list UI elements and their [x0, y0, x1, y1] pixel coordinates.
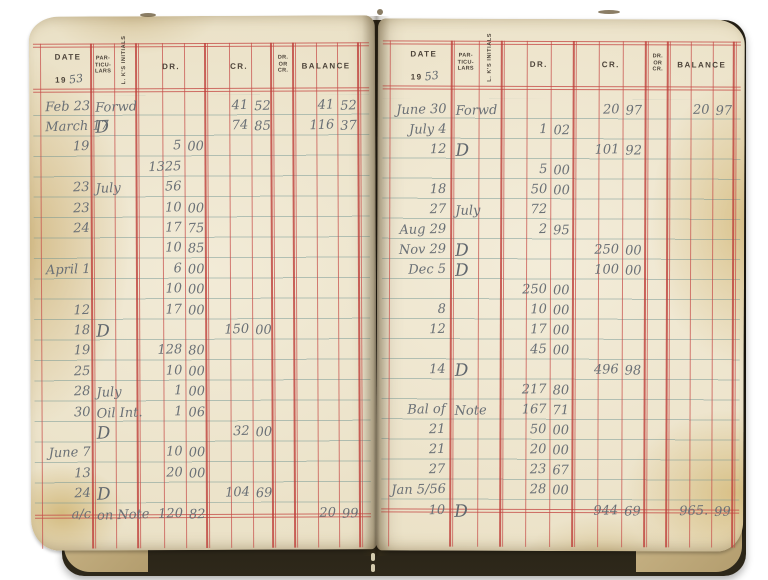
entry-bal-cents: 52 [340, 95, 371, 115]
entry-cr-dollars: 104 [177, 483, 251, 505]
column-header-cr: CR. [602, 60, 620, 69]
entry-cr-dollars: 74 [175, 116, 249, 138]
entry-cr-dollars: 100 [546, 260, 619, 281]
entry-dr-cents: 02 [553, 120, 583, 140]
entry-dr-cents: 00 [553, 321, 583, 341]
dr-or-cr-label-line: DR. [278, 55, 288, 62]
red-horizontal-rule [383, 43, 741, 45]
entry-bal-cents: 37 [340, 116, 371, 136]
entry-dr-dollars: 56 [108, 177, 182, 199]
edge-stain-speck [598, 10, 620, 14]
entry-date: 27 [392, 200, 446, 220]
year-printed: 19 [411, 72, 423, 81]
entry-date: 18 [46, 321, 91, 342]
entry-dr-dollars: 1 [474, 119, 547, 140]
column-header-year: 1953 [411, 66, 439, 84]
entry-date: June 30 [392, 99, 446, 119]
entry-bal-cents: 99 [342, 503, 373, 523]
entry-cr-dollars: 150 [176, 320, 250, 342]
entry-dr-dollars: 45 [474, 340, 547, 361]
entry-cr-cents: 00 [625, 241, 655, 261]
entry-dr-dollars: 72 [474, 200, 547, 221]
entry-dr-dollars: 17 [108, 218, 182, 240]
entry-dr-dollars: 10 [474, 300, 547, 321]
dr-or-cr-label-line: CR. [278, 68, 288, 75]
entry-date: Aug 29 [392, 220, 446, 240]
ledger-page-right: DATE1953PAR-TICU-LARSL. K'S INITIALSDR.C… [376, 18, 745, 551]
entry-date: 23 [45, 198, 90, 219]
entry-cr-cents: 92 [625, 141, 655, 161]
entry-dr-dollars: 10 [109, 279, 183, 301]
entry-dr-cents: 06 [188, 402, 219, 422]
entry-dr-dollars: 50 [473, 420, 546, 441]
column-header-initials: L. K'S INITIALS [121, 48, 127, 84]
ledger-page-left: DATE1953PAR-TICU-LARSL. K'S INITIALSDR.C… [29, 15, 377, 551]
entry-dr-dollars: 10 [109, 238, 183, 260]
entry-date: 18 [392, 180, 446, 200]
entry-dr-cents: 71 [552, 401, 582, 421]
entry-dr-cents: 00 [553, 180, 583, 200]
entry-date: 23 [45, 178, 90, 199]
entry-dr-dollars: 5 [474, 160, 547, 181]
entry-dr-dollars: 250 [474, 280, 547, 301]
entry-date: Nov 29 [392, 240, 446, 260]
entry-dr-dollars: 23 [473, 460, 546, 481]
entry-particulars: D [455, 240, 547, 261]
entry-cr-dollars: 496 [545, 360, 618, 381]
particulars-label-line: PAR- [458, 53, 474, 60]
entry-date: July 4 [392, 119, 446, 139]
dr-or-cr-label-line: CR. [653, 66, 663, 73]
entry-date: a/c [47, 504, 92, 525]
column-header-dr-or-cr: DR.ORCR. [653, 53, 663, 73]
column-header-dr: DR. [162, 62, 180, 71]
entry-dr-cents: 00 [188, 280, 219, 300]
entry-dr-cents: 00 [552, 441, 582, 461]
entry-cr-cents: 00 [625, 261, 655, 281]
entry-dr-cents: 00 [188, 443, 219, 463]
entry-bal-cents: 97 [715, 101, 745, 121]
entry-cr-cents: 69 [256, 483, 287, 503]
binding-stitch [371, 564, 375, 572]
entry-dr-cents: 00 [553, 341, 583, 361]
entry-dr-cents: 82 [189, 504, 220, 524]
entry-bal-cents: 99 [714, 502, 744, 522]
entry-dr-cents: 67 [552, 461, 582, 481]
entry-dr-dollars: 10 [109, 361, 183, 383]
entry-dr-cents: 00 [552, 421, 582, 441]
entry-dr-dollars: 120 [110, 504, 184, 526]
entry-dr-dollars: 17 [109, 300, 183, 322]
entry-date: 12 [392, 320, 446, 340]
entry-cr-cents: 00 [255, 422, 286, 442]
column-header-balance: BALANCE [302, 61, 351, 70]
entry-cr-dollars: 32 [176, 422, 250, 444]
entry-cr-cents: 98 [624, 361, 654, 381]
entry-dr-dollars: 28 [473, 480, 546, 501]
entry-particulars: D [97, 483, 190, 505]
entry-particulars: Forwd [455, 99, 547, 120]
entry-date: April 1 [46, 260, 91, 281]
entry-date: Feb 23 [45, 96, 90, 117]
entry-dr-dollars: 5 [108, 136, 182, 158]
entry-date: 10 [391, 500, 445, 520]
entry-particulars: D [454, 360, 546, 381]
entry-date: 24 [47, 484, 92, 505]
particulars-label-line: LARS [95, 68, 111, 75]
entry-date: 21 [391, 440, 445, 460]
entry-particulars: D [455, 260, 547, 281]
entry-dr-dollars: 1 [109, 381, 183, 403]
entry-dr-dollars: 10 [109, 442, 183, 464]
entry-dr-cents: 80 [552, 381, 582, 401]
entry-dr-dollars: 20 [473, 440, 546, 461]
entry-dr-cents: 00 [188, 300, 219, 320]
entry-dr-cents: 00 [553, 160, 583, 180]
year-handwritten: 53 [424, 69, 440, 84]
red-horizontal-rule [33, 90, 369, 92]
entry-date: 12 [46, 300, 91, 321]
column-header-dr-or-cr: DR.ORCR. [278, 55, 288, 75]
entry-dr-cents: 75 [187, 218, 218, 238]
year-printed: 19 [55, 76, 67, 85]
entry-date: 28 [46, 382, 91, 403]
entry-dr-dollars: 1 [109, 402, 183, 424]
entry-date: Jan 5/56 [391, 480, 445, 500]
entry-cr-dollars: 944 [545, 501, 618, 522]
particulars-label-line: LARS [458, 66, 474, 73]
entry-dr-dollars: 20 [110, 463, 184, 485]
column-header-dr: DR. [530, 60, 548, 69]
entry-dr-cents: 00 [553, 301, 583, 321]
column-header-date: DATE [55, 53, 82, 62]
entry-dr-cents: 00 [188, 361, 219, 381]
ledger-notebook-photo: DATE1953PAR-TICU-LARSL. K'S INITIALSDR.C… [0, 0, 768, 580]
entry-date: 30 [46, 402, 91, 423]
entry-dr-cents: 00 [187, 198, 218, 218]
entry-dr-dollars: 10 [108, 198, 182, 220]
entry-dr-dollars: 217 [473, 380, 546, 401]
entry-dr-cents: 00 [189, 463, 220, 483]
entry-dr-dollars: 1325 [108, 157, 182, 179]
entry-bal-dollars: 965. [635, 501, 708, 522]
particulars-label-line: PAR- [95, 55, 111, 62]
entry-dr-cents: 00 [188, 382, 219, 402]
column-header-initials: L. K'S INITIALS [487, 46, 493, 82]
entry-date: 27 [391, 460, 445, 480]
entry-date: 19 [45, 137, 90, 158]
entry-date: Bal of [391, 400, 445, 420]
entry-bal-dollars: 116 [261, 115, 335, 137]
entry-particulars: D [96, 422, 189, 444]
entry-bal-dollars: 41 [261, 95, 335, 117]
entry-dr-cents: 85 [188, 239, 219, 259]
entry-dr-dollars: 167 [473, 400, 546, 421]
entry-particulars: D [95, 116, 188, 138]
entry-dr-dollars: 17 [474, 320, 547, 341]
entry-date: March 17 [45, 117, 90, 138]
column-header-balance: BALANCE [677, 60, 726, 69]
column-header-particulars: PAR-TICU-LARS [95, 55, 111, 75]
column-header-year: 1953 [55, 70, 83, 88]
entry-dr-dollars: 50 [474, 180, 547, 201]
column-header-cr: CR. [230, 62, 248, 71]
entry-date: 25 [46, 362, 91, 383]
entry-date: 12 [392, 139, 446, 159]
red-horizontal-rule [383, 88, 741, 90]
entry-date: 14 [391, 360, 445, 380]
year-handwritten: 53 [68, 72, 84, 87]
entry-particulars: Forwd [95, 95, 188, 117]
entry-dr-cents: 00 [553, 281, 583, 301]
entry-dr-dollars: 2 [474, 220, 547, 241]
edge-stain-speck [140, 13, 156, 17]
edge-stain-speck [377, 9, 383, 15]
entry-dr-cents: 00 [552, 481, 582, 501]
entry-dr-cents: 00 [187, 137, 218, 157]
entry-date: 19 [46, 341, 91, 362]
entry-date: 8 [392, 300, 446, 320]
entry-date: 21 [391, 420, 445, 440]
entry-date: 24 [45, 219, 90, 240]
red-horizontal-rule [33, 45, 369, 47]
entry-cr-dollars: 101 [546, 140, 619, 161]
entry-dr-cents: 95 [553, 220, 583, 240]
entry-cr-dollars: 250 [546, 240, 619, 261]
entry-dr-dollars: 128 [109, 340, 183, 362]
entry-date: 13 [47, 464, 92, 485]
entry-date: Dec 5 [392, 260, 446, 280]
entry-bal-dollars: 20 [263, 503, 337, 525]
entry-cr-dollars: 20 [546, 100, 619, 121]
binding-stitch [371, 553, 375, 561]
entry-dr-cents: 80 [188, 341, 219, 361]
entry-cr-dollars: 41 [175, 95, 249, 117]
column-header-particulars: PAR-TICU-LARS [458, 53, 474, 73]
entry-dr-cents: 00 [188, 259, 219, 279]
entry-date: June 7 [46, 443, 91, 464]
entry-cr-cents: 00 [255, 320, 286, 340]
entry-particulars: D [96, 320, 189, 342]
dr-or-cr-label-line: DR. [653, 53, 663, 60]
entry-particulars: D [455, 139, 547, 160]
entry-particulars: D [454, 500, 546, 521]
entry-dr-dollars: 6 [109, 259, 183, 281]
column-header-date: DATE [410, 49, 437, 58]
entry-bal-dollars: 20 [636, 100, 709, 121]
